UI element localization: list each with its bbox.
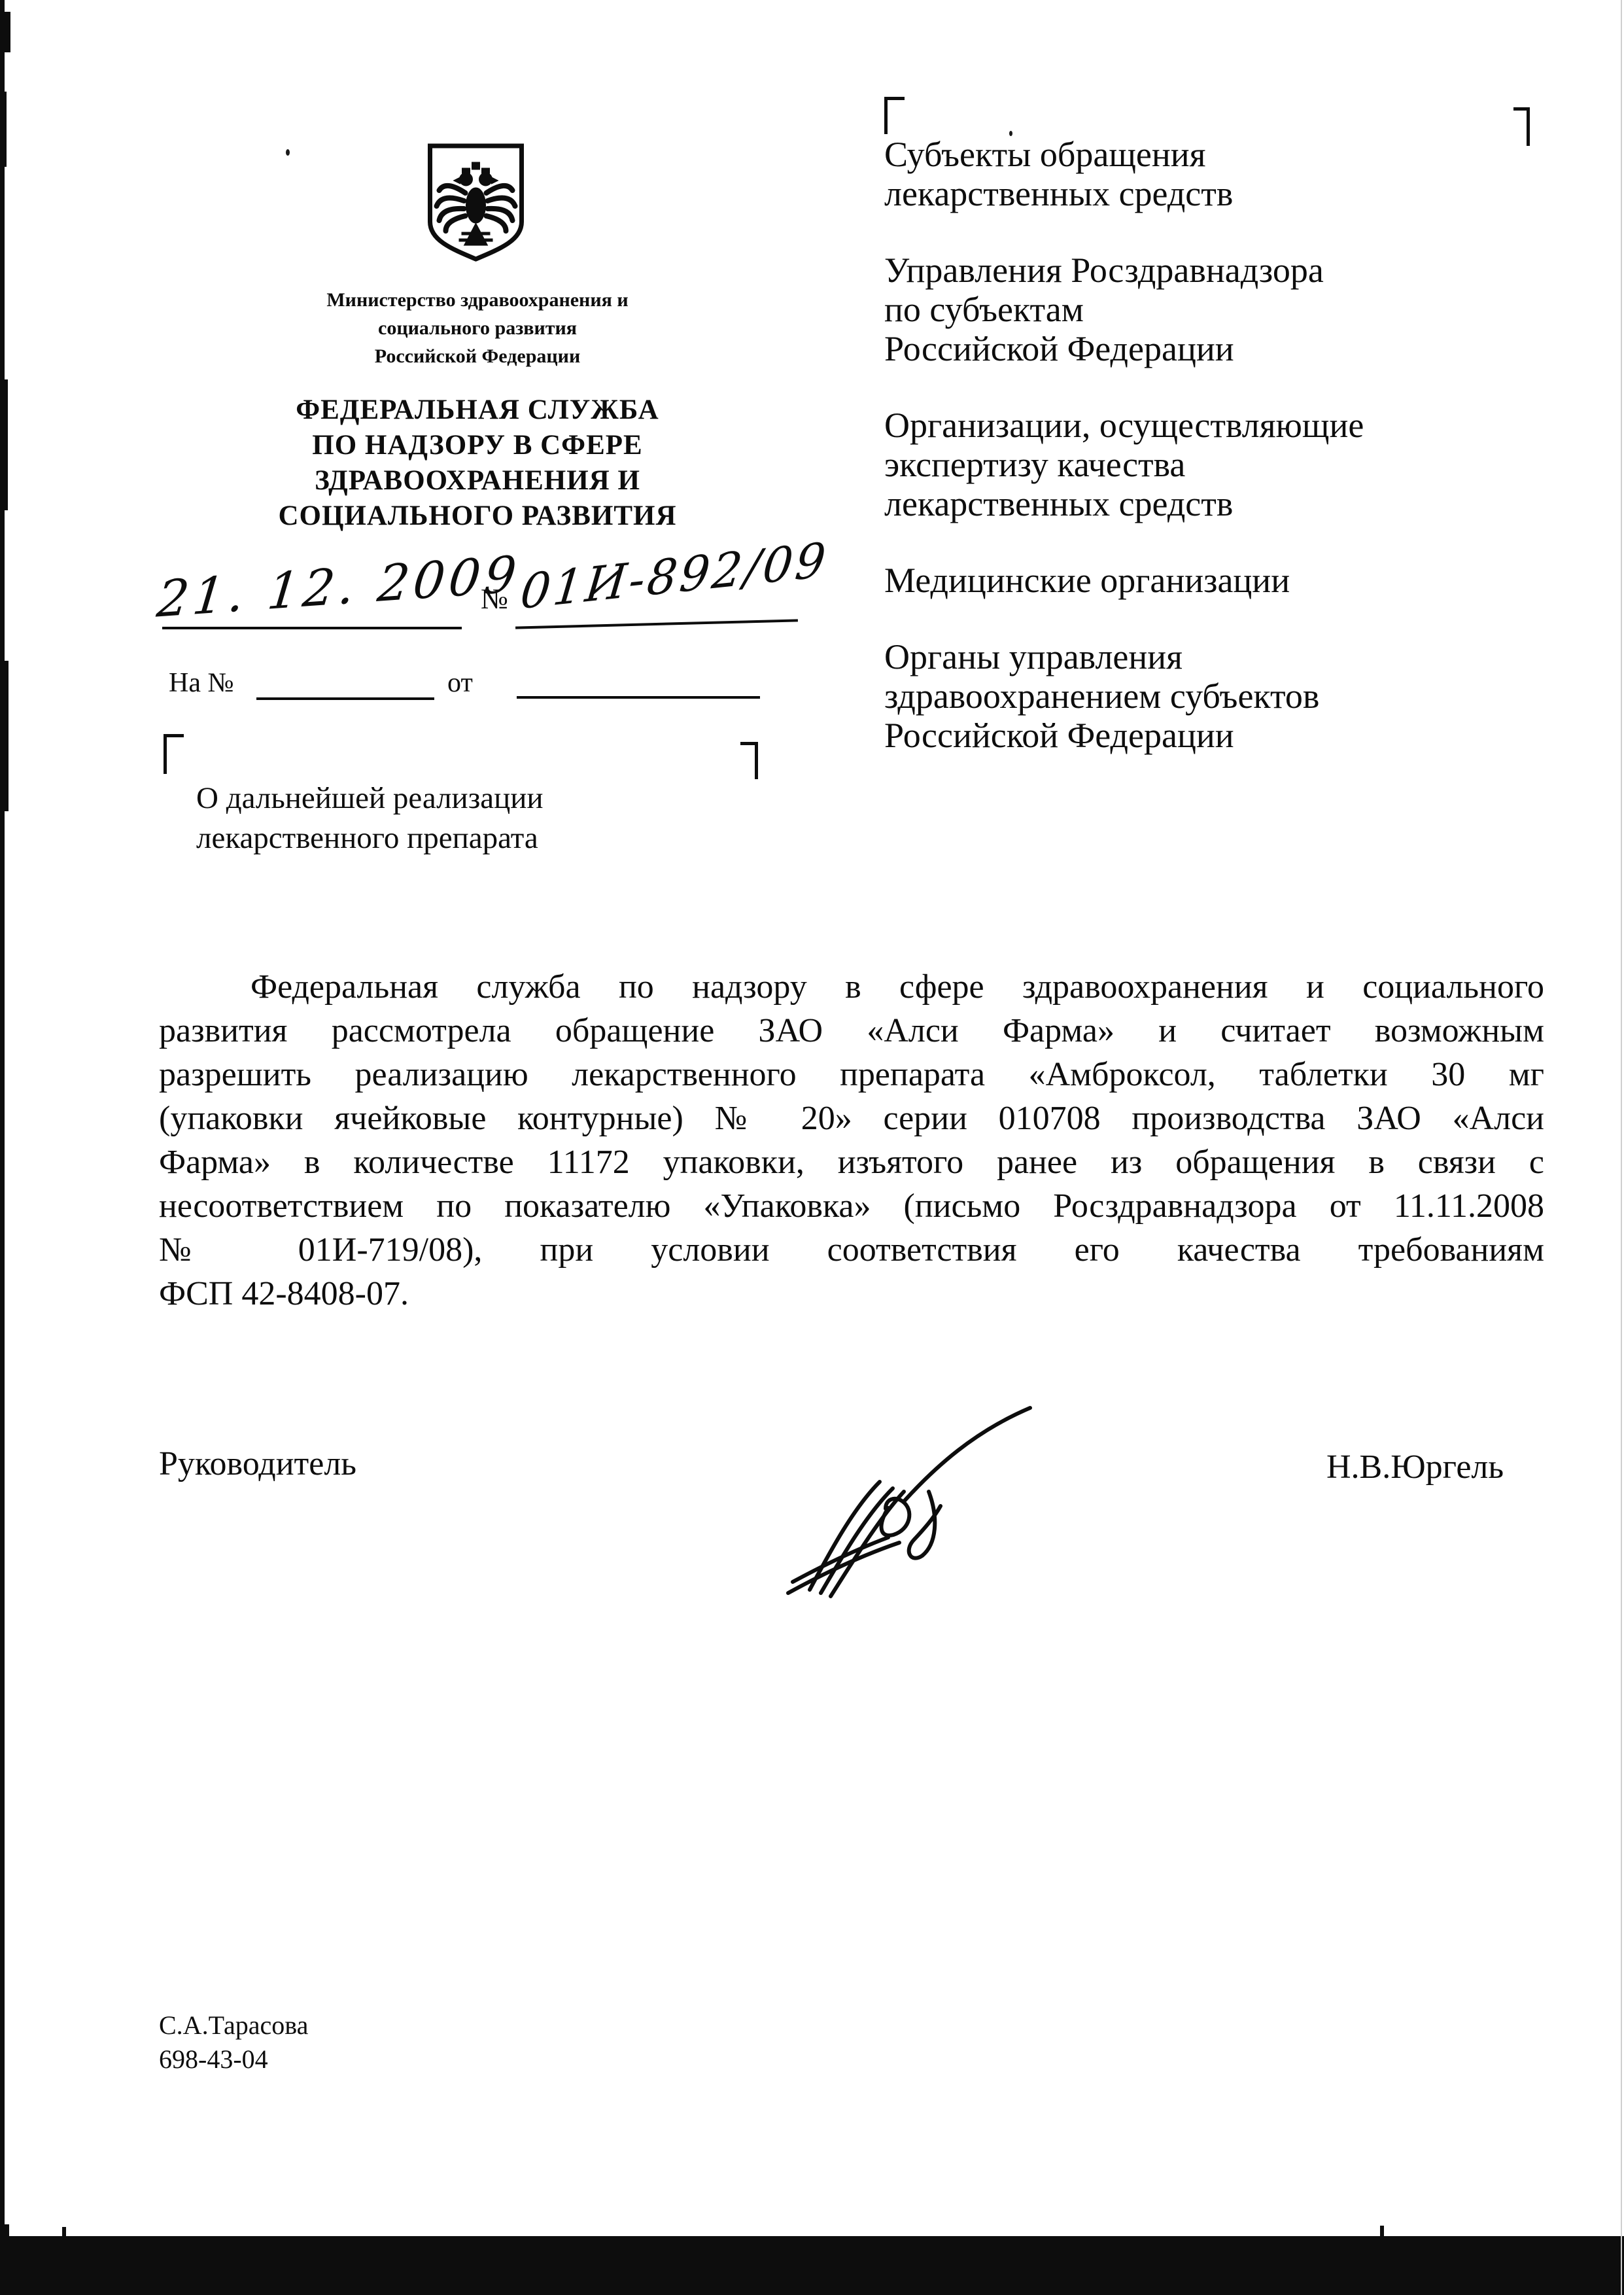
executor-name: С.А.Тарасова bbox=[159, 2008, 308, 2042]
subject-corner-mark-left bbox=[164, 734, 184, 774]
scan-artifact-left-chunk bbox=[0, 12, 10, 52]
scan-artifact-left-chunk bbox=[0, 379, 8, 510]
scan-artifact-left-chunk bbox=[0, 661, 9, 811]
russian-coat-of-arms-emblem bbox=[423, 142, 528, 263]
scan-artifact-left-edge bbox=[0, 0, 5, 2295]
scan-speck bbox=[286, 149, 290, 156]
body-line: Фарма» в количестве 11172 упаковки, изъя… bbox=[159, 1140, 1544, 1184]
recipient-item: Управления Росздравнадзора по субъектам … bbox=[884, 251, 1564, 368]
body-line: № 01И-719/08), при условии соответствия … bbox=[159, 1228, 1544, 1272]
number-underline bbox=[515, 619, 798, 629]
federal-service-name: ФЕДЕРАЛЬНАЯ СЛУЖБА ПО НАДЗОРУ В СФЕРЕ ЗД… bbox=[216, 393, 739, 534]
recipient-item: Организации, осуществляющие экспертизу к… bbox=[884, 406, 1564, 523]
scanned-letter-page: { "letterhead": { "emblem": "russian-coa… bbox=[0, 0, 1624, 2295]
handwritten-signature bbox=[733, 1393, 1060, 1603]
body-line: Федеральная служба по надзору в сфере зд… bbox=[159, 965, 1544, 1009]
body-line: развития рассмотрела обращение ЗАО «Алси… bbox=[159, 1009, 1544, 1053]
handwritten-outgoing-number: 01И-892/09 bbox=[518, 532, 831, 620]
body-paragraph: Федеральная служба по надзору в сфере зд… bbox=[159, 965, 1544, 1316]
reply-date-blank bbox=[517, 696, 760, 699]
body-line: (упаковки ячейковые контурные) № 20» сер… bbox=[159, 1096, 1544, 1140]
subject-corner-mark-right bbox=[740, 742, 758, 779]
signer-name: Н.В.Юргель bbox=[1326, 1448, 1504, 1486]
reply-number-blank bbox=[256, 697, 434, 700]
number-sign: № bbox=[481, 582, 508, 616]
body-line: несоответствием по показателю «Упаковка»… bbox=[159, 1184, 1544, 1228]
body-line: разрешить реализацию лекарственного преп… bbox=[159, 1053, 1544, 1096]
scan-artifact-left-chunk bbox=[0, 92, 7, 167]
executor-phone: 698-43-04 bbox=[159, 2042, 308, 2076]
recipient-item: Субъекты обращения лекарственных средств bbox=[884, 135, 1564, 213]
recipient-item: Медицинские организации bbox=[884, 561, 1564, 600]
reply-from-label: от bbox=[447, 667, 473, 699]
scan-artifact-tick bbox=[62, 2227, 66, 2236]
scan-artifact-tick bbox=[1380, 2226, 1384, 2236]
body-line: ФСП 42-8408-07. bbox=[159, 1272, 1544, 1316]
date-underline bbox=[162, 627, 462, 629]
reply-number-label: На № bbox=[169, 667, 234, 699]
handwritten-date: 21. 12. 2009 bbox=[154, 544, 523, 629]
scan-artifact-right-hairline bbox=[1621, 0, 1622, 2295]
ministry-name: Министерство здравоохранения и социально… bbox=[216, 286, 739, 370]
signer-title: Руководитель bbox=[159, 1445, 356, 1483]
subject-line: О дальнейшей реализации лекарственного п… bbox=[196, 779, 544, 858]
recipient-item: Органы управления здравоохранением субъе… bbox=[884, 637, 1564, 755]
recipients-list: Субъекты обращения лекарственных средств… bbox=[884, 135, 1564, 792]
scan-artifact-bottom-band bbox=[0, 2236, 1624, 2295]
recipient-corner-mark-left bbox=[884, 97, 905, 134]
executor-block: С.А.Тарасова 698-43-04 bbox=[159, 2008, 308, 2076]
